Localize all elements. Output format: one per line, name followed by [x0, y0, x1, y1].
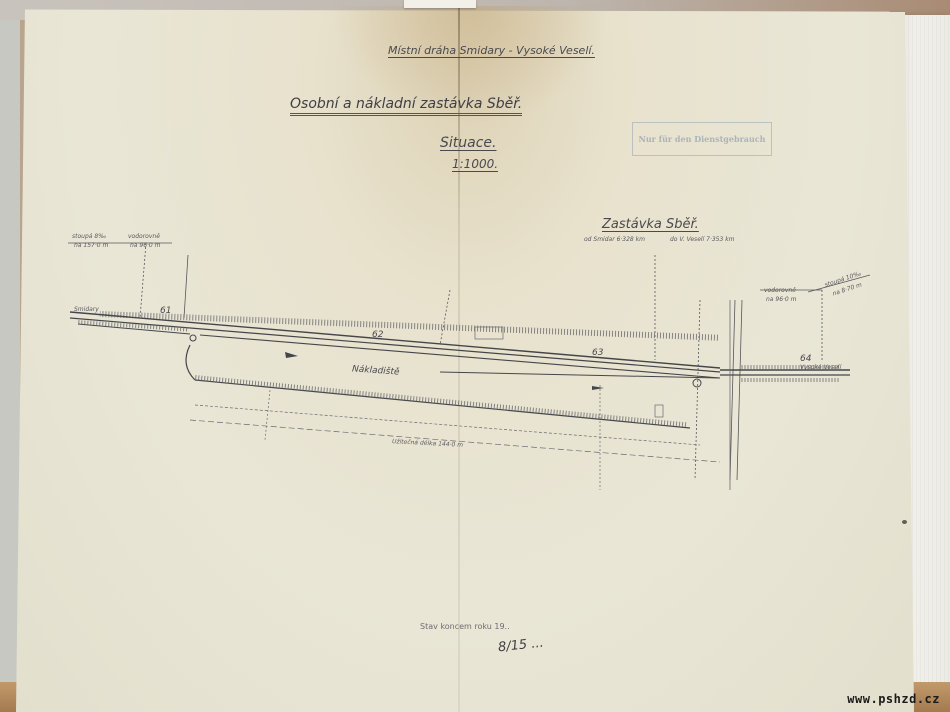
direction-right-label: Vysoké Veselí [800, 364, 841, 371]
km-marker-62: 62 [372, 330, 383, 340]
direction-left-label: Smidary [74, 306, 99, 313]
watermark: www.pshzd.cz [847, 692, 940, 706]
km-marker-64: 64 [800, 354, 811, 364]
km-marker-63: 63 [592, 348, 603, 358]
footer-note: Stav koncem roku 19.. [420, 622, 510, 631]
ink-spot [902, 520, 907, 524]
km-marker-61: 61 [160, 306, 171, 316]
